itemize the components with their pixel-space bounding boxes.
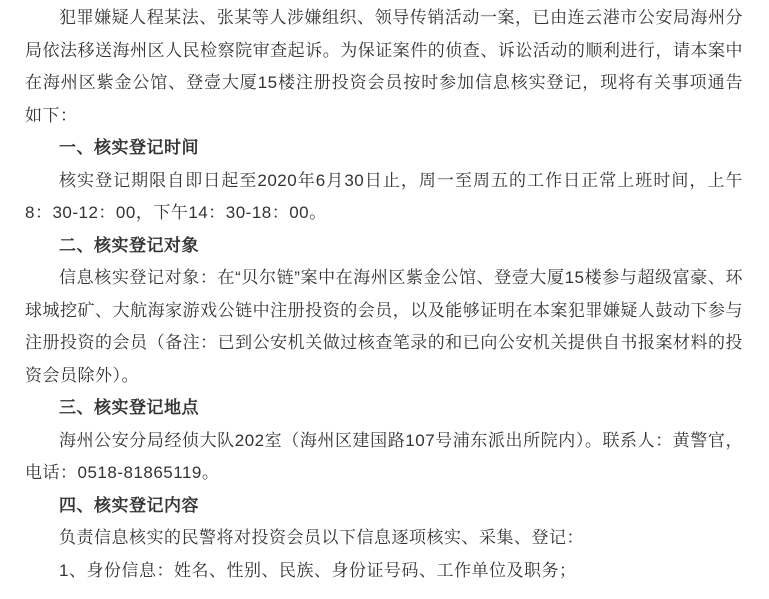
section-1-paragraph-time: 核实登记期限自即日起至2020年6月30日止，周一至周五的工作日正常上班时间，上…: [25, 165, 743, 230]
section-4-paragraph-content-intro: 负责信息核实的民警将对投资会员以下信息逐项核实、采集、登记：: [25, 522, 743, 555]
section-3-heading: 三、核实登记地点: [25, 392, 743, 425]
section-4-heading: 四、核实登记内容: [25, 490, 743, 523]
section-2-heading: 二、核实登记对象: [25, 230, 743, 263]
intro-paragraph: 犯罪嫌疑人程某法、张某等人涉嫌组织、领导传销活动一案，已由连云港市公安局海州分局…: [25, 2, 743, 132]
section-2-paragraph-targets: 信息核实登记对象：在“贝尔链”案中在海州区紫金公馆、登壹大厦15楼参与超级富豪、…: [25, 262, 743, 392]
notice-document: 犯罪嫌疑人程某法、张某等人涉嫌组织、领导传销活动一案，已由连云港市公安局海州分局…: [0, 0, 769, 599]
section-3-paragraph-location: 海州公安分局经侦大队202室（海州区建国路107号浦东派出所院内）。联系人：黄警…: [25, 425, 743, 490]
section-1-heading: 一、核实登记时间: [25, 132, 743, 165]
section-4-paragraph-item-1: 1、身份信息：姓名、性别、民族、身份证号码、工作单位及职务；: [25, 555, 743, 588]
